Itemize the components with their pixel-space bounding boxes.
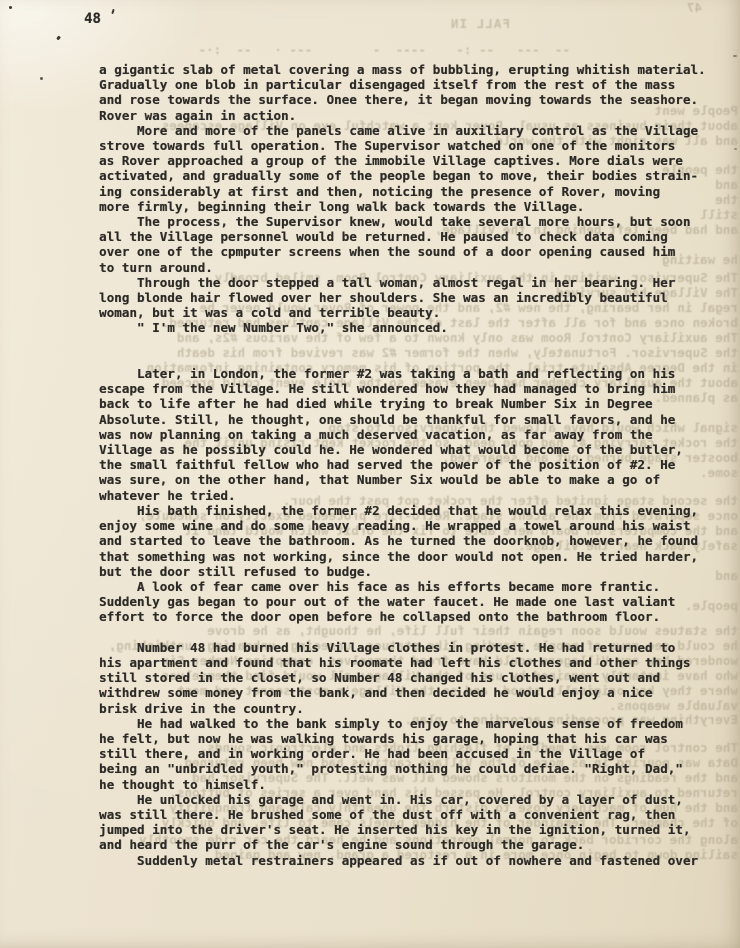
ink-speck	[111, 9, 114, 14]
ink-speck	[40, 77, 43, 80]
bleedthrough-line: -- --- -- :- ---- - --- · -- :·-	[0, 42, 740, 57]
document-page: 47FALL IN-- --- -- :- ---- - --- · -- :·…	[0, 0, 740, 948]
typewritten-body-text: a gigantic slab of metal covering a mass…	[99, 62, 719, 868]
ink-speck	[9, 6, 12, 9]
bleedthrough-line: FALL IN	[0, 16, 740, 31]
ink-speck	[733, 55, 737, 57]
ink-speck	[56, 36, 61, 41]
page-number: 48	[84, 10, 101, 28]
ink-speck	[734, 148, 737, 150]
